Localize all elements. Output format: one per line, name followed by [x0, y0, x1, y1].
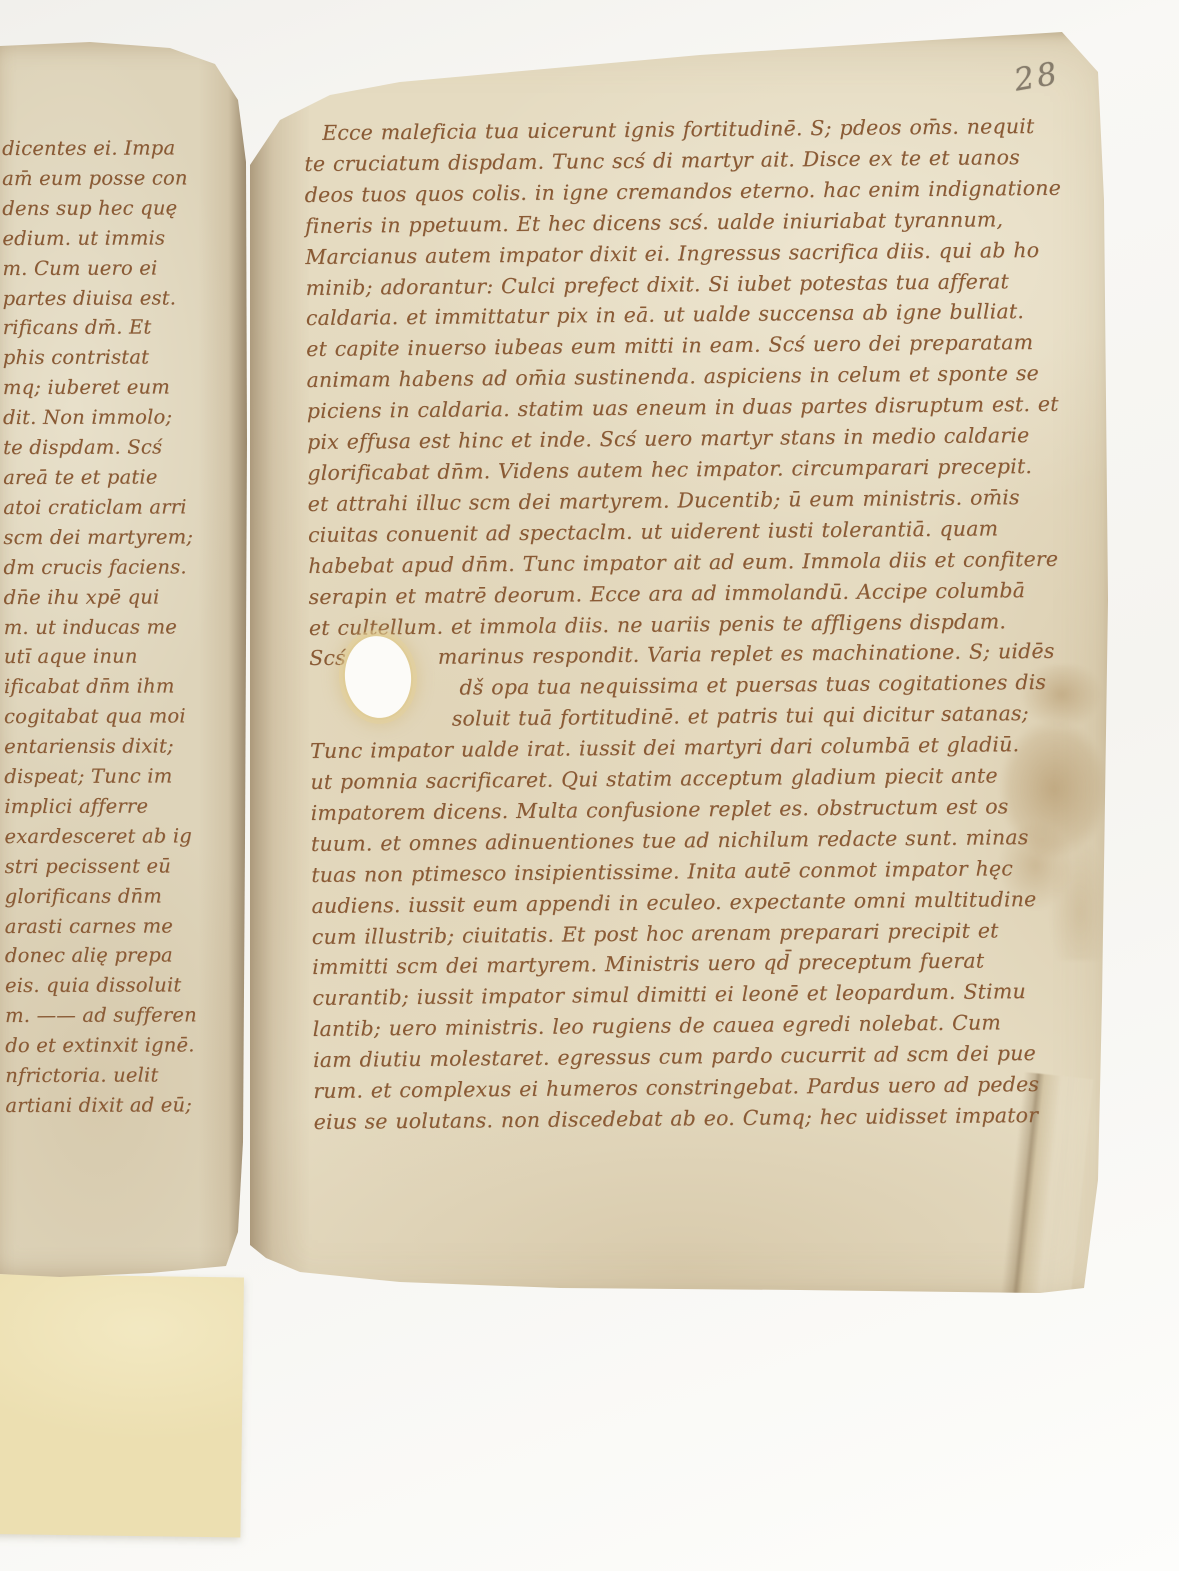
recto-text-block: Ecce maleficia tua uicerunt ignis fortit… — [304, 111, 1074, 1138]
recto-page: 28 Ecce maleficia tua uicerunt ignis for… — [246, 30, 1116, 1306]
manuscript-photo: { "photo": { "description_labels": {}, "… — [0, 0, 1179, 1571]
gutter-shadow — [0, 42, 248, 1280]
ink-speck — [522, 40, 532, 46]
gutter-shadow — [246, 30, 310, 1306]
interleaf-sheet — [0, 1274, 244, 1537]
verso-page: dicentes ei. Impaam̄ eum posse condens s… — [0, 42, 248, 1280]
